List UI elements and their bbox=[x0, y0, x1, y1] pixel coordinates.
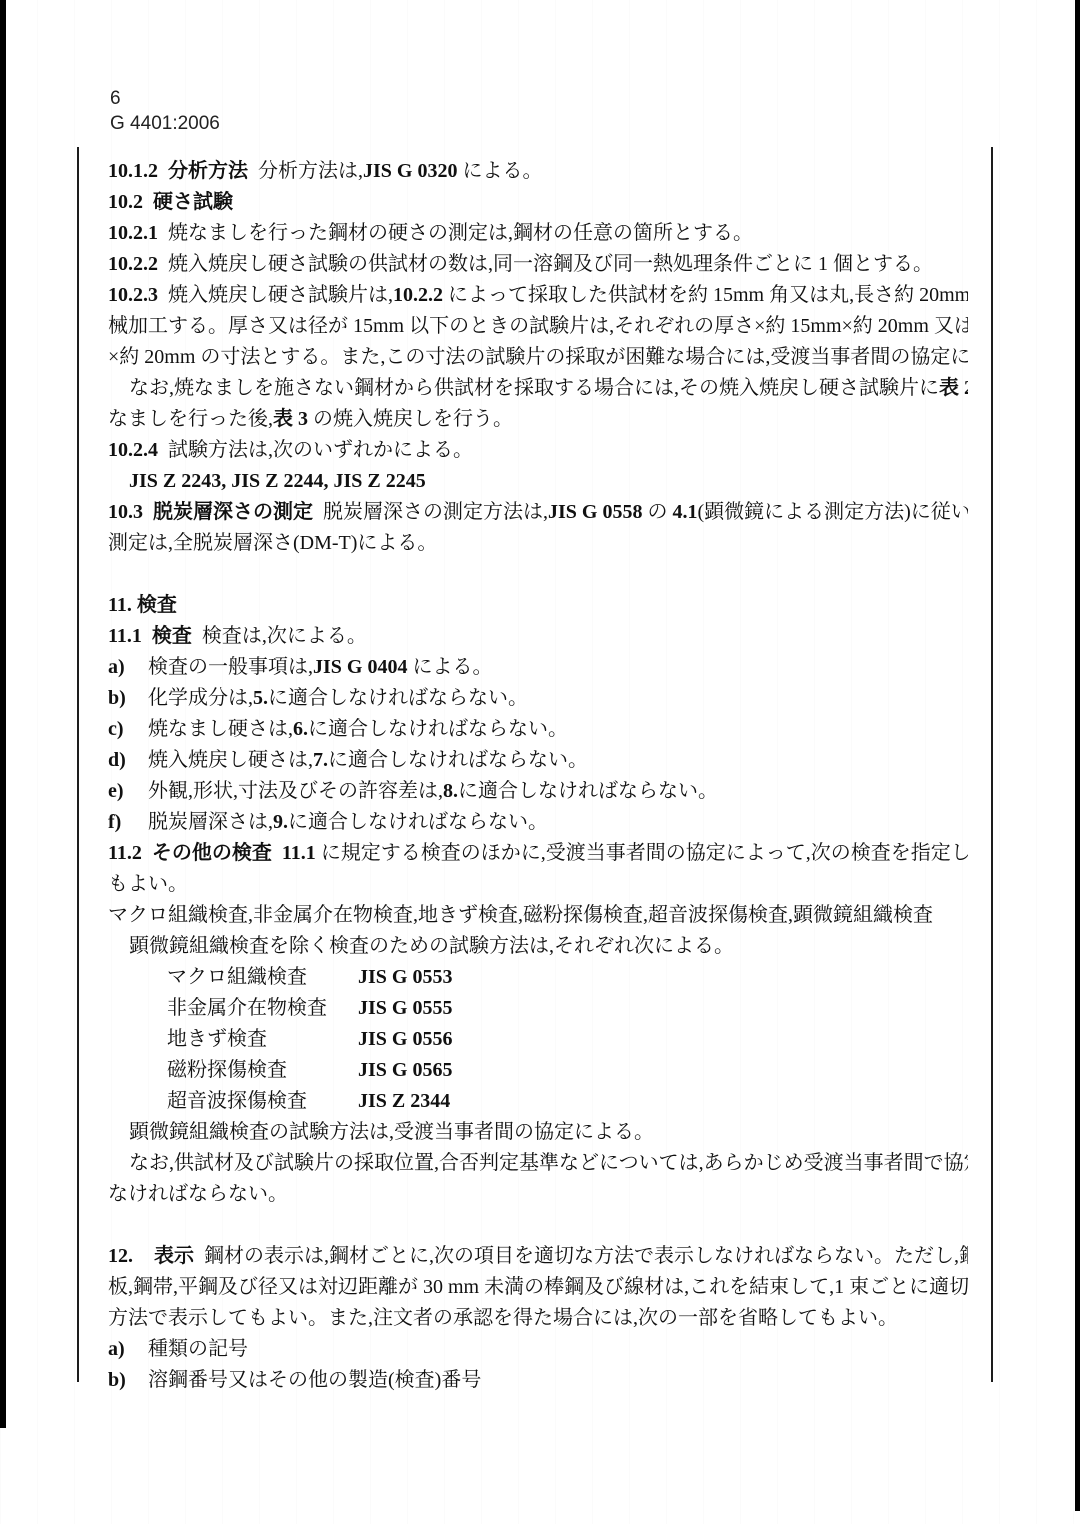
text-line: ×約 20mm の寸法とする。また,この寸法の試験片の採取が困難な場合には,受渡… bbox=[108, 342, 968, 373]
text-segment: 分析方法 bbox=[168, 160, 248, 182]
text-segment: JIS Z 2344 bbox=[358, 1090, 450, 1112]
text-segment: 8. bbox=[443, 780, 458, 802]
text-segment: に適合しなければならない。 bbox=[458, 780, 718, 802]
text-segment: 11.1 検査 bbox=[108, 625, 192, 647]
text-segment: 検査の一般事項は, bbox=[148, 656, 313, 678]
text-line: マクロ組織検査,非金属介在物検査,地きず検査,磁粉探傷検査,超音波探傷検査,顕微… bbox=[108, 900, 968, 931]
text-segment: JIS G 0558 bbox=[548, 501, 642, 523]
text-line: なければならない。 bbox=[108, 1179, 968, 1210]
text-segment: e) bbox=[108, 776, 148, 807]
text-segment bbox=[272, 842, 282, 864]
page-header: 6 G 4401:2006 bbox=[110, 86, 220, 136]
text-segment: 10.2 硬さ試験 bbox=[108, 191, 233, 213]
text-segment: 脱炭層深さの測定方法は, bbox=[313, 501, 548, 523]
text-line: 顕微鏡組織検査を除く検査のための試験方法は,それぞれ次による。 bbox=[108, 931, 968, 962]
text-segment: マクロ組織検査 bbox=[167, 962, 358, 993]
text-segment: 6. bbox=[293, 718, 308, 740]
text-line: なお,供試材及び試験片の採取位置,合否判定基準などについては,あらかじめ受渡当事… bbox=[108, 1148, 968, 1179]
text-segment: JIS G 0320 bbox=[363, 160, 457, 182]
text-segment: マクロ組織検査,非金属介在物検査,地きず検査,磁粉探傷検査,超音波探傷検査,顕微… bbox=[108, 904, 933, 926]
document-code: G 4401:2006 bbox=[110, 111, 220, 136]
text-segment: 械加工する。厚さ又は径が 15mm 以下のときの試験片は,それぞれの厚さ×約 1… bbox=[108, 315, 968, 337]
text-segment: なお,供試材及び試験片の採取位置,合否判定基準などについては,あらかじめ受渡当事… bbox=[129, 1152, 968, 1174]
text-segment: 非金属介在物検査 bbox=[167, 993, 358, 1024]
text-line: JIS Z 2243, JIS Z 2244, JIS Z 2245 bbox=[108, 466, 968, 497]
text-segment: 焼入焼戻し硬さ試験片は, bbox=[168, 284, 393, 306]
text-line: e)外観,形状,寸法及びその許容差は,8.に適合しなければならない。 bbox=[108, 776, 968, 807]
text-segment: なければならない。 bbox=[108, 1183, 288, 1205]
text-line: 械加工する。厚さ又は径が 15mm 以下のときの試験片は,それぞれの厚さ×約 1… bbox=[108, 311, 968, 342]
text-segment: 焼なましを行った鋼材の硬さの測定は,鋼材の任意の箇所とする。 bbox=[168, 222, 753, 244]
margin-rule-left bbox=[77, 147, 79, 1382]
text-segment: に適合しなければならない。 bbox=[308, 718, 568, 740]
text-segment: JIS G 0553 bbox=[358, 966, 452, 988]
text-segment: 磁粉探傷検査 bbox=[167, 1055, 358, 1086]
text-segment: a) bbox=[108, 1334, 148, 1365]
text-line: なお,焼なましを施さない鋼材から供試材を採取する場合には,その焼入焼戻し硬さ試験… bbox=[108, 373, 968, 404]
text-segment: 鋼材の表示は,鋼材ごとに,次の項目を適切な方法で表示しなければならない。ただし,… bbox=[194, 1245, 968, 1267]
text-segment: b) bbox=[108, 1365, 148, 1396]
text-segment: なましを行った後, bbox=[108, 408, 273, 430]
text-segment: 4.1 bbox=[672, 501, 697, 523]
text-segment: 種類の記号 bbox=[148, 1338, 248, 1360]
text-segment: 表 3 bbox=[273, 408, 308, 430]
text-line: d)焼入焼戻し硬さは,7.に適合しなければならない。 bbox=[108, 745, 968, 776]
text-segment: JIS G 0404 bbox=[313, 656, 407, 678]
text-segment: 12. bbox=[108, 1241, 154, 1272]
text-segment: 測定は,全脱炭層深さ(DM-T)による。 bbox=[108, 532, 437, 554]
text-segment: に適合しなければならない。 bbox=[288, 811, 548, 833]
text-line: 11.2 その他の検査 11.1 に規定する検査のほかに,受渡当事者間の協定によ… bbox=[108, 838, 968, 869]
text-line: なましを行った後,表 3 の焼入焼戻しを行う。 bbox=[108, 404, 968, 435]
text-segment: JIS G 0556 bbox=[358, 1028, 452, 1050]
text-line: 非金属介在物検査JIS G 0555 bbox=[108, 993, 968, 1024]
text-line: 10.2.1 焼なましを行った鋼材の硬さの測定は,鋼材の任意の箇所とする。 bbox=[108, 218, 968, 249]
text-line: 10.2.2 焼入焼戻し硬さ試験の供試材の数は,同一溶鋼及び同一熱処理条件ごとに… bbox=[108, 249, 968, 280]
text-segment: 10.2.3 bbox=[108, 284, 168, 306]
text-segment: に適合しなければならない。 bbox=[328, 749, 588, 771]
text-segment: に規定する検査のほかに,受渡当事者間の協定によって,次の検査を指定して bbox=[316, 842, 968, 864]
text-segment: JIS G 0565 bbox=[358, 1059, 452, 1081]
body-text: 10.1.2 分析方法 分析方法は,JIS G 0320 による。10.2 硬さ… bbox=[108, 156, 968, 1396]
text-segment: に適合しなければならない。 bbox=[268, 687, 528, 709]
text-segment: 分析方法は, bbox=[248, 160, 363, 182]
text-segment: 顕微鏡組織検査の試験方法は,受渡当事者間の協定による。 bbox=[129, 1121, 654, 1143]
margin-rule-right bbox=[991, 147, 993, 1382]
text-line: 11.1 検査 検査は,次による。 bbox=[108, 621, 968, 652]
text-segment: の焼入焼戻しを行う。 bbox=[308, 408, 513, 430]
text-segment: 10.2.2 bbox=[393, 284, 443, 306]
text-segment: c) bbox=[108, 714, 148, 745]
text-segment: 溶鋼番号又はその他の製造(検査)番号 bbox=[148, 1369, 481, 1391]
text-line: 方法で表示してもよい。また,注文者の承認を得た場合には,次の一部を省略してもよい… bbox=[108, 1303, 968, 1334]
text-segment: (顕微鏡による測定方法)に従い, bbox=[697, 501, 968, 523]
document-page: 6 G 4401:2006 10.1.2 分析方法 分析方法は,JIS G 03… bbox=[0, 0, 1080, 1524]
text-line: 12.表示 鋼材の表示は,鋼材ごとに,次の項目を適切な方法で表示しなければならな… bbox=[108, 1241, 968, 1272]
text-segment: 11. 検査 bbox=[108, 594, 177, 616]
text-line: b)化学成分は,5.に適合しなければならない。 bbox=[108, 683, 968, 714]
text-segment: JIS Z 2243, JIS Z 2244, JIS Z 2245 bbox=[129, 470, 426, 492]
text-line: 11. 検査 bbox=[108, 590, 968, 621]
text-segment: 試験方法は,次のいずれかによる。 bbox=[168, 439, 473, 461]
text-segment: f) bbox=[108, 807, 148, 838]
scan-edge-bar-left bbox=[0, 0, 6, 1428]
text-segment: 10.2.1 bbox=[108, 222, 168, 244]
text-line: a)検査の一般事項は,JIS G 0404 による。 bbox=[108, 652, 968, 683]
text-segment: 10.2.2 bbox=[108, 253, 168, 275]
text-segment: 10.3 脱炭層深さの測定 bbox=[108, 501, 313, 523]
text-segment: 10.1.2 bbox=[108, 160, 168, 182]
page-number: 6 bbox=[110, 86, 220, 111]
text-line: 顕微鏡組織検査の試験方法は,受渡当事者間の協定による。 bbox=[108, 1117, 968, 1148]
text-segment: による。 bbox=[407, 656, 492, 678]
text-segment: 表示 bbox=[154, 1245, 194, 1267]
text-line: 地きず検査JIS G 0556 bbox=[108, 1024, 968, 1055]
text-segment: 外観,形状,寸法及びその許容差は, bbox=[148, 780, 443, 802]
text-line: f)脱炭層深さは,9.に適合しなければならない。 bbox=[108, 807, 968, 838]
text-segment: a) bbox=[108, 652, 148, 683]
text-line: もよい。 bbox=[108, 869, 968, 900]
text-line: c)焼なまし硬さは,6.に適合しなければならない。 bbox=[108, 714, 968, 745]
text-line: 10.3 脱炭層深さの測定 脱炭層深さの測定方法は,JIS G 0558 の 4… bbox=[108, 497, 968, 528]
text-segment: 9. bbox=[273, 811, 288, 833]
text-line: 10.2 硬さ試験 bbox=[108, 187, 968, 218]
text-segment: 脱炭層深さは, bbox=[148, 811, 273, 833]
text-segment: ×約 20mm の寸法とする。また,この寸法の試験片の採取が困難な場合には,受渡… bbox=[108, 346, 968, 368]
text-segment: 板,鋼帯,平鋼及び径又は対辺距離が 30 mm 未満の棒鋼及び線材は,これを結束… bbox=[108, 1276, 968, 1298]
scan-edge-bar-right bbox=[1075, 0, 1080, 1511]
text-segment: なお,焼なましを施さない鋼材から供試材を採取する場合には,その焼入焼戻し硬さ試験… bbox=[129, 377, 939, 399]
text-segment: b) bbox=[108, 683, 148, 714]
text-line: 磁粉探傷検査JIS G 0565 bbox=[108, 1055, 968, 1086]
text-segment: 焼入焼戻し硬さは, bbox=[148, 749, 313, 771]
text-segment: 5. bbox=[253, 687, 268, 709]
text-segment: 超音波探傷検査 bbox=[167, 1086, 358, 1117]
text-segment: 11.2 その他の検査 bbox=[108, 842, 272, 864]
text-line: 10.1.2 分析方法 分析方法は,JIS G 0320 による。 bbox=[108, 156, 968, 187]
text-segment: 地きず検査 bbox=[167, 1024, 358, 1055]
text-segment: 表 2 bbox=[939, 377, 968, 399]
text-segment: もよい。 bbox=[108, 873, 188, 895]
text-segment: d) bbox=[108, 745, 148, 776]
text-segment: 化学成分は, bbox=[148, 687, 253, 709]
text-segment: JIS G 0555 bbox=[358, 997, 452, 1019]
text-segment: 検査は,次による。 bbox=[192, 625, 367, 647]
text-segment: 7. bbox=[313, 749, 328, 771]
text-segment: 10.2.4 bbox=[108, 439, 168, 461]
text-line: 板,鋼帯,平鋼及び径又は対辺距離が 30 mm 未満の棒鋼及び線材は,これを結束… bbox=[108, 1272, 968, 1303]
text-segment: によって採取した供試材を約 15mm 角又は丸,長さ約 20mm に機 bbox=[443, 284, 968, 306]
text-segment: 11.1 bbox=[282, 842, 316, 864]
text-segment: による。 bbox=[457, 160, 542, 182]
text-line: b)溶鋼番号又はその他の製造(検査)番号 bbox=[108, 1365, 968, 1396]
text-segment: 顕微鏡組織検査を除く検査のための試験方法は,それぞれ次による。 bbox=[129, 935, 734, 957]
text-line: 10.2.4 試験方法は,次のいずれかによる。 bbox=[108, 435, 968, 466]
text-line: a)種類の記号 bbox=[108, 1334, 968, 1365]
text-line: 10.2.3 焼入焼戻し硬さ試験片は,10.2.2 によって採取した供試材を約 … bbox=[108, 280, 968, 311]
text-segment: の bbox=[642, 501, 672, 523]
text-segment: 方法で表示してもよい。また,注文者の承認を得た場合には,次の一部を省略してもよい… bbox=[108, 1307, 898, 1329]
text-segment: 焼入焼戻し硬さ試験の供試材の数は,同一溶鋼及び同一熱処理条件ごとに 1 個とする… bbox=[168, 253, 933, 275]
text-line: 測定は,全脱炭層深さ(DM-T)による。 bbox=[108, 528, 968, 559]
text-segment: 焼なまし硬さは, bbox=[148, 718, 293, 740]
text-line: マクロ組織検査JIS G 0553 bbox=[108, 962, 968, 993]
text-line: 超音波探傷検査JIS Z 2344 bbox=[108, 1086, 968, 1117]
